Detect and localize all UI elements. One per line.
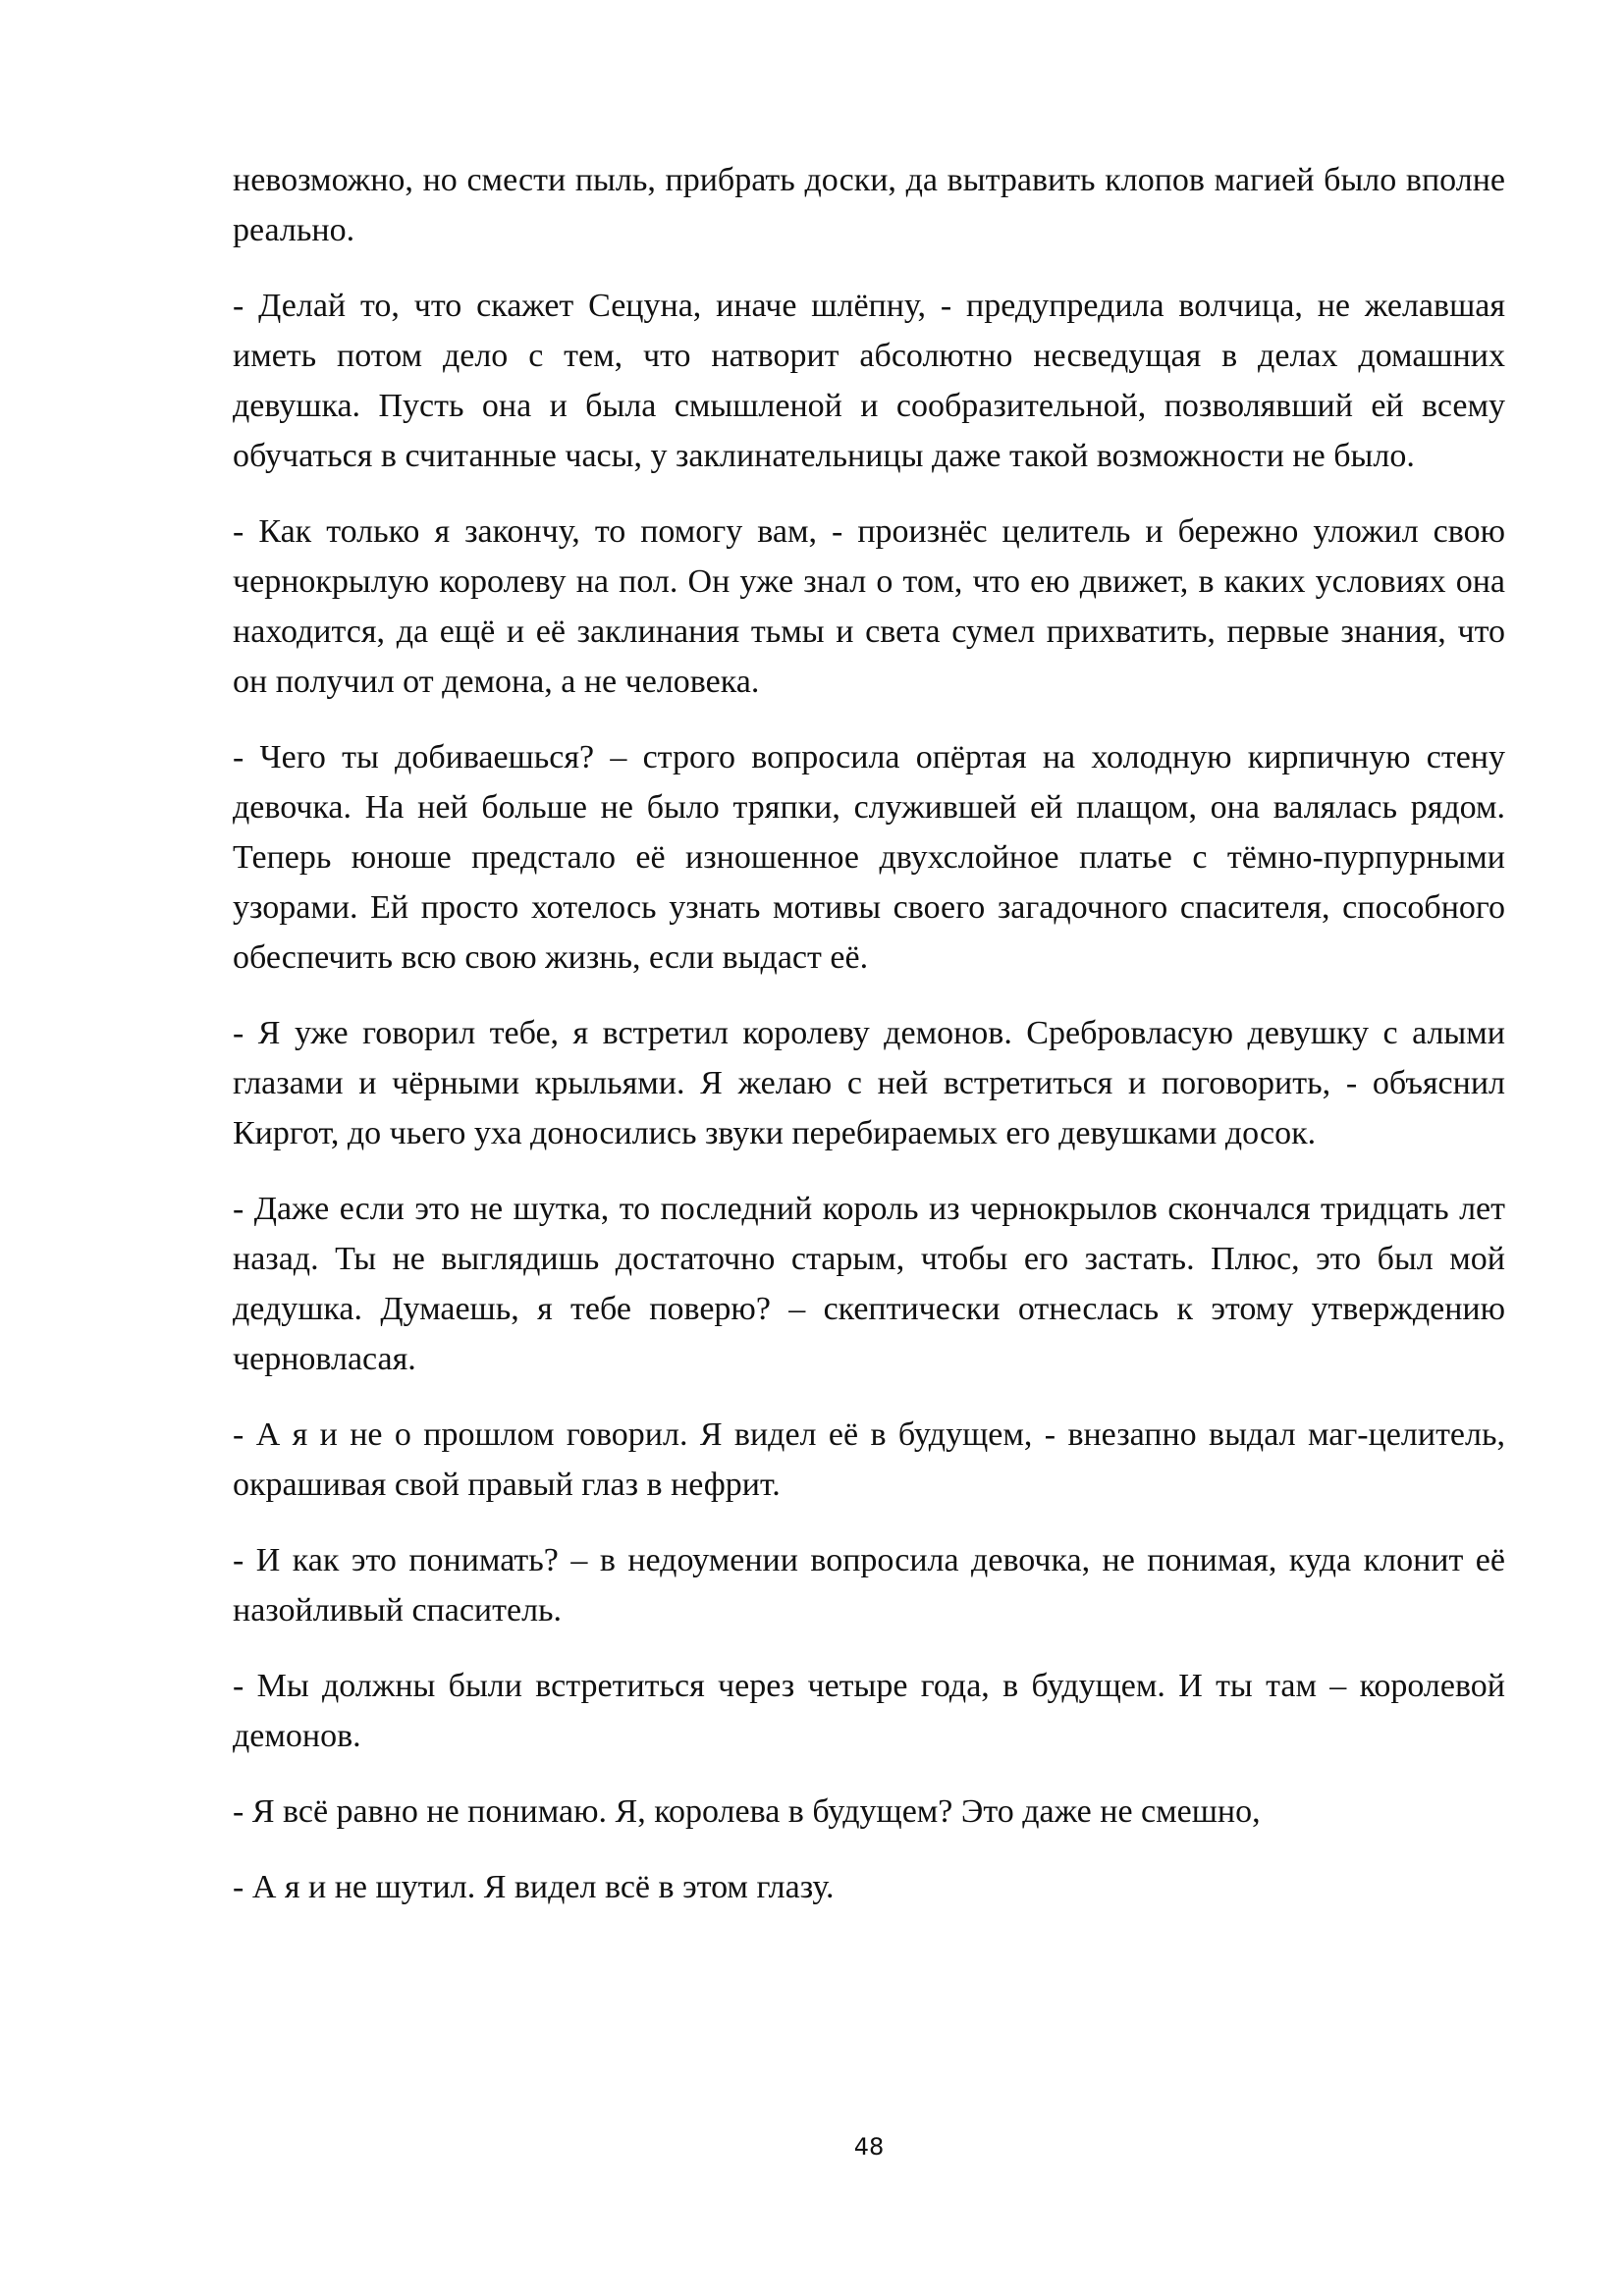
paragraph-1: невозможно, но смести пыль, прибрать дос… (233, 155, 1505, 255)
paragraph-10: - Я всё равно не понимаю. Я, королева в … (233, 1787, 1505, 1837)
paragraph-2: - Делай то, что скажет Сецуна, иначе шлё… (233, 281, 1505, 481)
page-number: 48 (0, 2132, 1624, 2162)
paragraph-3: - Как только я закончу, то помогу вам, -… (233, 507, 1505, 707)
paragraph-6: - Даже если это не шутка, то последний к… (233, 1184, 1505, 1384)
document-page: невозможно, но смести пыль, прибрать дос… (0, 0, 1624, 2296)
paragraph-7: - А я и не о прошлом говорил. Я видел её… (233, 1410, 1505, 1510)
body-text: невозможно, но смести пыль, прибрать дос… (233, 155, 1505, 1938)
paragraph-9: - Мы должны были встретиться через четыр… (233, 1661, 1505, 1761)
paragraph-8: - И как это понимать? – в недоумении воп… (233, 1535, 1505, 1635)
paragraph-4: - Чего ты добиваешься? – строго вопросил… (233, 732, 1505, 983)
paragraph-5: - Я уже говорил тебе, я встретил королев… (233, 1008, 1505, 1158)
paragraph-11: - А я и не шутил. Я видел всё в этом гла… (233, 1862, 1505, 1912)
